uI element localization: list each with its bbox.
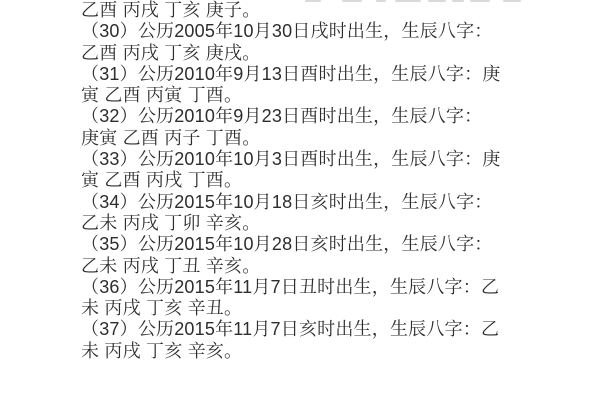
text-line: （32）公历2010年9月23日酉时出生，生辰八字： (81, 106, 593, 127)
text-line: （34）公历2015年10月18日亥时出生，生辰八字： (81, 192, 593, 213)
text-line: 乙酉 丙戌 丁亥 庚戌。 (81, 43, 593, 64)
text-line: 寅 乙酉 丙寅 丁酉。 (81, 85, 593, 106)
text-line: 乙酉 丙戌 丁亥 庚子。 (81, 0, 593, 21)
text-line: 未 丙戌 丁亥 辛亥。 (81, 341, 593, 362)
text-line: （36）公历2015年11月7日丑时出生，生辰八字：乙 (81, 277, 593, 298)
text-line: 庚寅 乙酉 丙子 丁酉。 (81, 128, 593, 149)
text-line: （35）公历2015年10月28日亥时出生，生辰八字： (81, 234, 593, 255)
screenshot-root: { "page": { "background_color": "#ffffff… (0, 0, 600, 400)
document-page: 乙酉 丙戌 丁亥 庚子。（30）公历2005年10月30日戌时出生，生辰八字：乙… (0, 0, 600, 400)
text-line: （37）公历2015年11月7日亥时出生，生辰八字：乙 (81, 319, 593, 340)
text-line: （33）公历2010年10月3日酉时出生，生辰八字：庚 (81, 149, 593, 170)
text-line: 乙未 丙戌 丁卯 辛亥。 (81, 213, 593, 234)
text-line: 寅 乙酉 丙戌 丁酉。 (81, 170, 593, 191)
text-line: （31）公历2010年9月13日酉时出生，生辰八字：庚 (81, 64, 593, 85)
text-line: 乙未 丙戌 丁丑 辛亥。 (81, 256, 593, 277)
text-line: 未 丙戌 丁亥 辛丑。 (81, 298, 593, 319)
text-line: （30）公历2005年10月30日戌时出生，生辰八字： (81, 21, 593, 42)
article-text: 乙酉 丙戌 丁亥 庚子。（30）公历2005年10月30日戌时出生，生辰八字：乙… (81, 0, 593, 362)
